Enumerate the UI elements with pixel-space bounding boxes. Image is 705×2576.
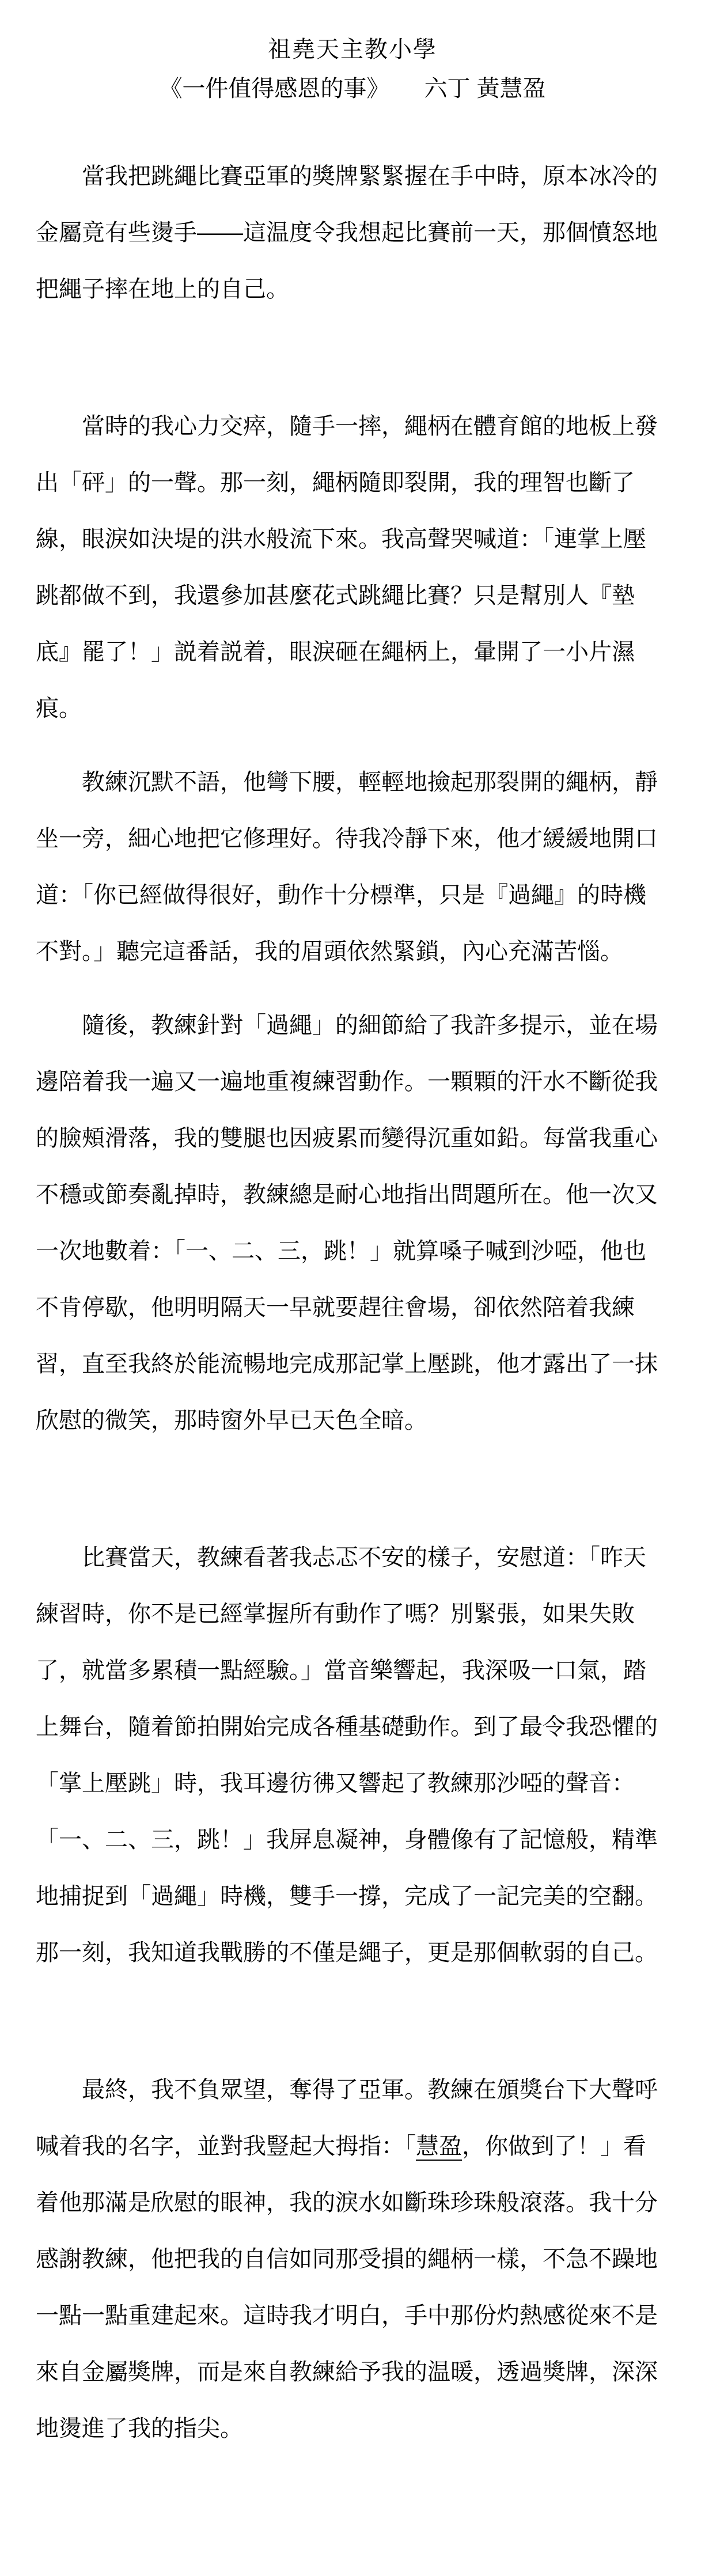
text-line: 喊着我的名字，並對我豎起大拇指：「慧盈，你做到了！」看 xyxy=(36,2118,669,2175)
essay-title: 《一件值得感恩的事》 xyxy=(159,76,389,101)
text-line: 了，就當多累積一點經驗。」當音樂響起，我深吸一口氣，踏 xyxy=(36,1642,669,1699)
text-line: 痕。 xyxy=(36,680,669,737)
text-line: 來自金屬獎牌，而是來自教練給予我的温暖，透過獎牌，深深 xyxy=(36,2344,669,2400)
text-line: 練習時，你不是已經掌握所有動作了嗎？別緊張，如果失敗 xyxy=(36,1586,669,1642)
essay-paragraph-5: 比賽當天，教練看著我忐忑不安的樣子，安慰道：「昨天練習時，你不是已經掌握所有動作… xyxy=(36,1529,669,1981)
document-page: 祖堯天主教小學 《一件值得感恩的事》六丁 黃慧盈 當我把跳繩比賽亞軍的獎牌緊緊握… xyxy=(0,0,705,2576)
essay-title-line: 《一件值得感恩的事》六丁 黃慧盈 xyxy=(36,69,669,108)
text-line: 跳都做不到，我還參加甚麼花式跳繩比賽？只是幫別人『墊 xyxy=(36,567,669,624)
text-line: 把繩子摔在地上的自己。 xyxy=(36,261,669,317)
text-line: 不對。」聽完這番話，我的眉頭依然緊鎖，內心充滿苦惱。 xyxy=(36,923,669,980)
text-line: 那一刻，我知道我戰勝的不僅是繩子，更是那個軟弱的自己。 xyxy=(36,1925,669,1981)
essay-paragraph-6: 最終，我不負眾望，奪得了亞軍。教練在頒獎台下大聲呼喊着我的名字，並對我豎起大拇指… xyxy=(36,2062,669,2457)
text-line: 邊陪着我一遍又一遍地重複練習動作。一顆顆的汗水不斷從我 xyxy=(36,1054,669,1110)
document-header: 祖堯天主教小學 《一件值得感恩的事》六丁 黃慧盈 xyxy=(36,30,669,108)
essay-paragraph-1: 當我把跳繩比賽亞軍的獎牌緊緊握在手中時，原本冰冷的金屬竟有些燙手——這温度令我想… xyxy=(36,148,669,317)
text-line: 「掌上壓跳」時，我耳邊彷彿又響起了教練那沙啞的聲音： xyxy=(36,1755,669,1812)
school-name-title: 祖堯天主教小學 xyxy=(36,30,669,69)
text-line: 教練沉默不語，他彎下腰，輕輕地撿起那裂開的繩柄，靜 xyxy=(36,754,669,810)
text-line: 上舞台，隨着節拍開始完成各種基礎動作。到了最令我恐懼的 xyxy=(36,1699,669,1755)
text-line: 金屬竟有些燙手——這温度令我想起比賽前一天，那個憤怒地 xyxy=(36,204,669,261)
essay-paragraph-3: 教練沉默不語，他彎下腰，輕輕地撿起那裂開的繩柄，靜坐一旁，細心地把它修理好。待我… xyxy=(36,754,669,980)
text-line: 一次地數着：「一、二、三，跳！」就算嗓子喊到沙啞，他也 xyxy=(36,1223,669,1279)
text-line: 當我把跳繩比賽亞軍的獎牌緊緊握在手中時，原本冰冷的 xyxy=(36,148,669,204)
text-line: 出「砰」的一聲。那一刻，繩柄隨即裂開，我的理智也斷了 xyxy=(36,454,669,511)
text-line: 「一、二、三，跳！」我屏息凝神，身體像有了記憶般，精準 xyxy=(36,1812,669,1868)
class-and-author-byline: 六丁 黃慧盈 xyxy=(424,76,545,101)
text-line: 坐一旁，細心地把它修理好。待我冷靜下來，他才緩緩地開口 xyxy=(36,810,669,867)
text-line: 一點一點重建起來。這時我才明白，手中那份灼熱感從來不是 xyxy=(36,2287,669,2344)
text-line: 的臉頰滑落，我的雙腿也因疲累而變得沉重如鉛。每當我重心 xyxy=(36,1110,669,1166)
text-line: 地捕捉到「過繩」時機，雙手一撐，完成了一記完美的空翻。 xyxy=(36,1868,669,1925)
text-line: 道：「你已經做得很好，動作十分標準，只是『過繩』的時機 xyxy=(36,867,669,923)
text-line: 最終，我不負眾望，奪得了亞軍。教練在頒獎台下大聲呼 xyxy=(36,2062,669,2118)
text-line: 當時的我心力交瘁，隨手一摔，繩柄在體育館的地板上發 xyxy=(36,398,669,454)
text-line: 欣慰的微笑，那時窗外早已天色全暗。 xyxy=(36,1392,669,1449)
text-line: 感謝教練，他把我的自信如同那受損的繩柄一樣，不急不躁地 xyxy=(36,2231,669,2287)
text-line: 不肯停歇，他明明隔天一早就要趕往會場，卻依然陪着我練 xyxy=(36,1279,669,1336)
essay-paragraph-2: 當時的我心力交瘁，隨手一摔，繩柄在體育館的地板上發出「砰」的一聲。那一刻，繩柄隨… xyxy=(36,398,669,737)
student-name-underlined: 慧盈 xyxy=(416,2134,462,2161)
text-line: 地燙進了我的指尖。 xyxy=(36,2400,669,2457)
text-line: 習，直至我終於能流暢地完成那記掌上壓跳，他才露出了一抹 xyxy=(36,1336,669,1392)
essay-body: 當我把跳繩比賽亞軍的獎牌緊緊握在手中時，原本冰冷的金屬竟有些燙手——這温度令我想… xyxy=(36,148,669,2457)
essay-paragraph-4: 隨後，教練針對「過繩」的細節給了我許多提示，並在場邊陪着我一遍又一遍地重複練習動… xyxy=(36,997,669,1449)
text-line: 着他那滿是欣慰的眼神，我的淚水如斷珠珍珠般滾落。我十分 xyxy=(36,2175,669,2231)
text-line: 比賽當天，教練看著我忐忑不安的樣子，安慰道：「昨天 xyxy=(36,1529,669,1586)
text-line: 隨後，教練針對「過繩」的細節給了我許多提示，並在場 xyxy=(36,997,669,1054)
text-line: 不穩或節奏亂掉時，教練總是耐心地指出問題所在。他一次又 xyxy=(36,1166,669,1223)
text-line: 線，眼淚如決堤的洪水般流下來。我高聲哭喊道：「連掌上壓 xyxy=(36,511,669,567)
text-line: 底』罷了！」説着説着，眼淚砸在繩柄上，暈開了一小片濕 xyxy=(36,624,669,680)
